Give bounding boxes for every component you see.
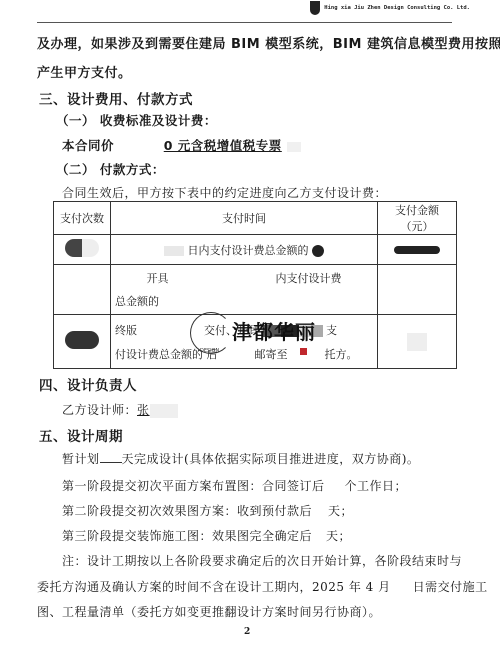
table-row: 日内支付设计费总金额的 (54, 235, 457, 265)
row-1-amount (378, 235, 457, 265)
header-amount: 支付金额（元） (378, 202, 457, 235)
payment-intro: 合同生效后，甲方按下表中的约定进度向乙方支付设计费： (62, 184, 387, 201)
section-5-title: 五、设计周期 (39, 425, 123, 445)
header-time: 支付时间 (111, 202, 378, 235)
row-1-count (54, 235, 111, 265)
stage-3-line: 第三阶段提交装饰施工图：效果图完全确定后天； (62, 527, 351, 544)
stage-2-line: 第二阶段提交初次效果图方案：收到预付款后天； (62, 502, 353, 519)
stage-1-line: 第一阶段提交初次平面方案布置图：合同签订后个工作日； (62, 477, 407, 494)
note-line-2: 委托方沟通及确认方案的时间不含在设计工期内，2025 年 4 月日需交付施工 (37, 578, 488, 595)
intro-line-1: 及办理，如果涉及到需要住建局 BIM 模型系统，BIM 建筑信息模型费用按照实际 (37, 33, 500, 52)
designer-line: 乙方设计师：张 (62, 401, 178, 418)
redacted-amount (394, 246, 440, 254)
redacted-text (287, 142, 301, 152)
row-1-time: 日内支付设计费总金额的 (111, 235, 378, 265)
company-logo: Hing xia Jiu Zhen Design Consulting Co. … (310, 0, 470, 16)
redacted-text (164, 246, 184, 256)
contract-price-line: 本合同价 0 元含税增值税专票 (62, 136, 301, 154)
table-row: 终版 交付、开具 支 付设计费总金额的 后 邮寄至 托方。 (54, 315, 457, 369)
payment-table: 支付次数 支付时间 支付金额（元） 日内支付设计费总金额的 开具 内支付设计费 … (53, 201, 457, 369)
table-row: 开具 内支付设计费 总金额的 (54, 265, 457, 315)
payment-method-title: （二） 付款方式： (56, 160, 165, 178)
redacted-percent (312, 245, 324, 257)
section-3-title: 三、设计费用、付款方式 (39, 88, 193, 108)
table-header-row: 支付次数 支付时间 支付金额（元） (54, 202, 457, 235)
row-3-count (54, 315, 111, 369)
contract-price-suffix: 0 元含税增值税专票 (164, 138, 282, 153)
redacted-count (65, 239, 99, 257)
plan-line: 暂计划天完成设计(具体依据实际项目推进进度，双方协商)。 (62, 450, 419, 467)
redacted-amount (407, 333, 427, 351)
row-2-amount (378, 265, 457, 315)
page-number: 2 (244, 627, 250, 637)
redacted-amount (119, 141, 159, 153)
header-count: 支付次数 (54, 202, 111, 235)
redacted-name (150, 404, 178, 418)
redacted-text (263, 325, 323, 337)
designer-label: 乙方设计师： (62, 403, 137, 417)
note-line-1: 注：设计工期按以上各阶段要求确定后的次日开始计算，各阶段结束时与 (62, 552, 462, 569)
row-3-time: 终版 交付、开具 支 付设计费总金额的 后 邮寄至 托方。 (111, 315, 378, 369)
note-line-3: 图、工程量清单（委托方如变更推翻设计方案时间另行协商）。 (37, 603, 381, 620)
row-3-amount (378, 315, 457, 369)
contract-price-label: 本合同价 (62, 138, 114, 153)
logo-icon (310, 1, 320, 15)
company-name-en: Hing xia Jiu Zhen Design Consulting Co. … (324, 5, 470, 11)
designer-name: 张 (137, 403, 150, 417)
header-divider (37, 22, 452, 23)
row-2-count (54, 265, 111, 315)
row-2-time: 开具 内支付设计费 总金额的 (111, 265, 378, 315)
fee-standard-title: （一） 收费标准及设计费： (56, 111, 217, 129)
redacted-count (65, 331, 99, 349)
intro-line-2: 产生甲方支付。 (37, 62, 132, 81)
section-4-title: 四、设计负责人 (39, 374, 137, 394)
